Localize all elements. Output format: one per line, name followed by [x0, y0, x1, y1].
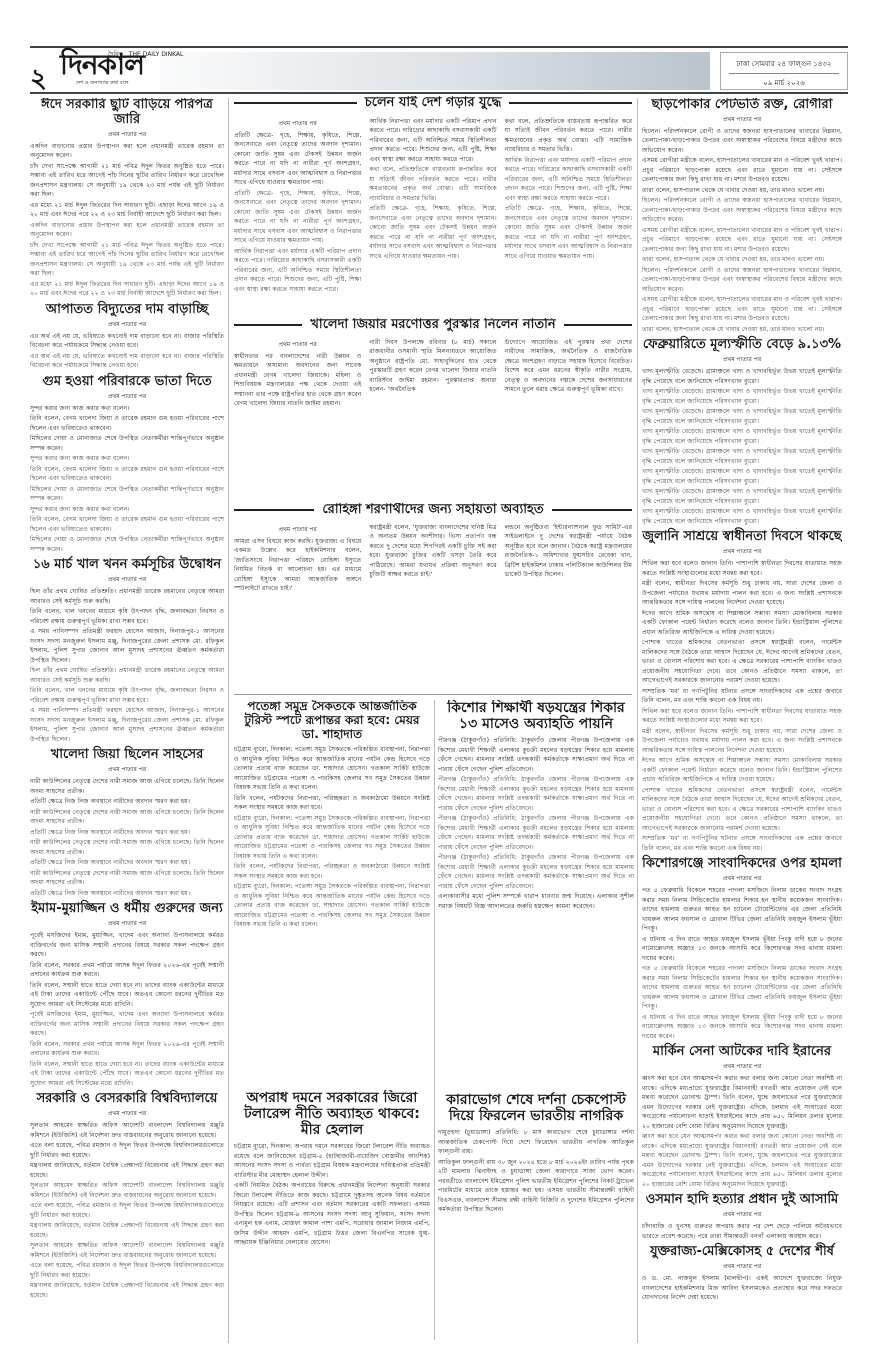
article-text: কথা বলে, প্রতিশ্রুতিকে বাস্তবতায় রূপান্…	[505, 117, 632, 155]
article-text: স্বাধীনতার পর বাংলাদেশের নারী উন্নয়ন ও …	[234, 352, 361, 409]
article-text: ছিলেন। পরিদর্শনকালে রোগী ও তাদের স্বজনরা…	[642, 196, 842, 225]
article-text: এলাকাবাসীর মধ্যে পুলিশ সম্পর্কে খারাপ ধা…	[438, 892, 634, 911]
article-text: এসময় রোগীরা মন্ত্রীকে বলেন, হাসপাতালের …	[642, 295, 842, 324]
article-text: সুন্দর করার জন্য কাজ করার কথা বলেন।	[30, 404, 224, 414]
article-text: এতে বলা হয়েছে, পবিত্র রমজান ও ঈদুল ফিতর…	[30, 1141, 224, 1160]
left-column: ঈদে সরকারি ছুটি বাড়িয়ে পরিপত্র জারিপ্র…	[30, 98, 224, 1348]
page-number: ২	[30, 58, 47, 102]
article-text: মিছিলের দোয়া ও মোনাজাত শেষে উপস্থিত নেত…	[30, 434, 224, 453]
article-text: একদিন বাড়ানোর প্রস্তাব উপস্থাপন করা হলে…	[30, 142, 224, 161]
article-text: এ সময় পানিসম্পদ প্রতিমন্ত্রী ফরহাদ হোসে…	[30, 627, 224, 665]
column-divider	[434, 700, 435, 1340]
column-divider	[637, 98, 638, 1343]
article-text: মন্ত্রণালয় জানিয়েছে, বর্তমান বৈশ্বিক প…	[30, 1161, 224, 1180]
article-headline: রোহিঙ্গা শরণার্থীদের জন্য সহায়তা অব্যাহ…	[234, 503, 632, 518]
article-text: ছিলেন। পরিদর্শনকালে রোগী ও তাদের স্বজনরা…	[642, 266, 842, 295]
article-text: খাদ্য মূল্যস্ফীতি বেড়েছে। গ্রামাঞ্চলে খ…	[642, 367, 842, 386]
continued-label: প্রথম পাতার পর	[30, 764, 224, 775]
continued-label: প্রথম পাতার পর	[642, 873, 842, 884]
continued-label: প্রথম পাতার পর	[642, 114, 842, 125]
article-text: আমরা এসব বিষয়ে কাজ করছি। যুক্তরাজ্য এ ব…	[234, 537, 361, 594]
article-text: নারী কাউন্সিলের নেতৃত্বে দেশের নারী সমাজ…	[30, 808, 224, 827]
logo-small: দৈনিক	[108, 51, 123, 58]
article-text: ছিল তাঁর প্রথম ঘোষিত প্রতিশ্রুতি। প্রধান…	[30, 666, 224, 685]
section-divider	[234, 694, 632, 695]
continued-label: প্রথম পাতার পর	[642, 1061, 842, 1072]
article-text: লন্ডনে অনুষ্ঠিতব্য 'ইন্টারন্যাশনাল ফুড স…	[505, 523, 632, 580]
article-text: এতে বলা হয়েছে, পবিত্র রমজান ও ঈদুল ফিতর…	[30, 1261, 224, 1280]
continued-label: প্রথম পাতার পর	[642, 1261, 842, 1272]
article-text: গত ৫ ফেব্রুয়ারি বিকেলে শহরের পাগলা মসজি…	[642, 964, 842, 1012]
article-text: খাদ্য মূল্যস্ফীতি বেড়েছে। গ্রামাঞ্চলে খ…	[642, 447, 842, 466]
article-text: চট্টগ্রাম ব্যুরো, দিনকাল: পতেঙ্গা সমুদ্র…	[234, 745, 430, 793]
masthead: ২ দৈনিক THE DAILY DINKAL দিনকাল দেশ ও জন…	[30, 46, 848, 94]
article-text: তিনি বলেন, বেগম খালেদা জিয়া ও তারেক রহম…	[30, 515, 224, 534]
continued-label: প্রথম পাতার পর	[30, 918, 224, 929]
article-headline: ছাড়পোকার পেটভর্তি রক্ত, রোগীরা	[642, 98, 842, 113]
article-text: এর অর্থ এই নয় যে, ভবিষ্যতে কখনোই দাম বা…	[30, 352, 224, 371]
article-text: তারা বলেন, হাসপাতাল থেকে যে খাবার দেওয়া…	[642, 255, 842, 265]
article[interactable]: ছাড়পোকার পেটভর্তি রক্ত, রোগীরাপ্রথম পাত…	[642, 98, 842, 334]
article-text: সুলতান আহমেদ স্বাক্ষরিত অফিস আদেশটি বাংল…	[30, 1121, 224, 1140]
article-text: প্রতিটি ক্ষেত্রে- গৃহে, শিক্ষায়, কৃষিতে…	[369, 204, 496, 261]
article-text: ছিল তাঁর প্রথম ঘোষিত প্রতিশ্রুতি। প্রধান…	[30, 587, 224, 606]
article-text: আর্থিক নিরাপত্তা এবং মর্যাদার একটি পরিমা…	[505, 156, 632, 204]
article-text: এসময় রোগীরা মন্ত্রীকে বলেন, হাসপাতালের …	[642, 226, 842, 255]
article-text: তিনি বলেন, পর্যটকদের নিরাপত্তা, পরিচ্ছন্…	[234, 862, 430, 881]
article[interactable]: জুলানি সাশ্রয়ে স্বাধীনতা দিবসে থাকছেপ্র…	[642, 530, 842, 853]
article-text: এসময় রোগীরা মন্ত্রীকে বলেন, হাসপাতালের …	[642, 156, 842, 185]
article-headline: জুলানি সাশ্রয়ে স্বাধীনতা দিবসে থাকছে	[642, 530, 842, 545]
article-text: তিনি বলেন, সরকার প্রথম পর্যায়ে আসন্ন ঈদ…	[30, 961, 224, 980]
article-text: এর মধ্যে ২১ মার্চ ঈদুল ফিতরের দিন সাধারণ…	[30, 201, 224, 220]
continued-label: প্রথম পাতার পর	[30, 319, 224, 330]
article-text: প্রতিটি ক্ষেত্রে- গৃহে, শিক্ষায়, কৃষিতে…	[505, 204, 632, 261]
article-text: ঈদের আগে শ্রমিক অসন্তোষ বা শিল্পাঞ্চলে স…	[642, 609, 842, 638]
article-rohingya[interactable]: রোহিঙ্গা শরণার্থীদের জন্য সহায়তা অব্যাহ…	[234, 503, 632, 693]
article-text: পীরগঞ্জ (ঠাকুরগাঁও) প্রতিনিধি: ঠাকুরগাঁও…	[438, 814, 634, 852]
article-text: দামুড়হুদা (চুয়াডাঙ্গা) প্রতিনিধি: ৮ মা…	[438, 1128, 634, 1157]
article-text: আর্থিক নিরাপত্তা এবং মর্যাদার একটি পরিমা…	[369, 117, 496, 165]
article-text: প্রতিটি ক্ষেত্রে- গৃহে, শিক্ষায়, কৃষিতে…	[234, 131, 361, 188]
article-text: চট্টগ্রাম ব্যুরো, দিনকাল: পতেঙ্গা সমুদ্র…	[234, 814, 430, 862]
article-text: খাদ্য মূল্যস্ফীতি বেড়েছে। গ্রামাঞ্চলে খ…	[642, 387, 842, 406]
continued-label: প্রথম পাতার পর	[30, 391, 224, 402]
article-text: ধ্বংস করা হবে যেন আত্মসমর্পণ করার কথা বল…	[642, 1074, 842, 1131]
article-headline: কিশোর শিক্ষার্থী ষড়যন্ত্রের শিকার ১৩ মা…	[438, 700, 634, 732]
article-text: চট্টগ্রাম ব্যুরো, দিনকাল: অপরাধ দমনে সরক…	[234, 1142, 430, 1180]
article-text: খাদ্য মূল্যস্ফীতি বেড়েছে। গ্রামাঞ্চলে খ…	[642, 407, 842, 426]
article[interactable]: ঈদে সরকারি ছুটি বাড়িয়ে পরিপত্র জারিপ্র…	[30, 98, 224, 299]
article[interactable]: যুক্তরাজ্য-মেক্সিকোসহ ৫ দেশের শীর্ষপ্রথম…	[642, 1245, 842, 1302]
continued-label: প্রথম পাতার পর	[234, 524, 361, 535]
article-headline: কারাভোগ শেষে দর্শনা চেকপোস্ট দিয়ে ফিরলে…	[438, 1092, 634, 1124]
logo-english: THE DAILY DINKAL	[129, 51, 184, 58]
article-text: সুন্দর করার জন্য কাজ করার কথা বলেন।	[30, 505, 224, 515]
article-text: মন্ত্রী বলেন, স্বাধীনতা দিবসের কর্মসূচি …	[642, 727, 842, 756]
article-headline: ইমাম-মুয়াজ্জিন ও ধর্মীয় গুরুদের জন্য	[30, 902, 224, 917]
article-zero-tolerance[interactable]: অপরাধ দমনে সরকারের জিরো টলারেন্স নীতি অব…	[234, 1090, 430, 1348]
article-text: এর অর্থ এই নয় যে, ভবিষ্যতে কখনোই দাম বা…	[30, 332, 224, 351]
article-text: চাঁদ দেখা সাপেক্ষে আগামী ২১ মার্চ পবিত্র…	[30, 162, 224, 200]
article[interactable]: খালেদা জিয়া ছিলেন সাহসেরপ্রথম পাতার পরন…	[30, 748, 224, 898]
article-patenga[interactable]: পতেঙ্গা সমুদ্র সৈকতকে আন্তর্জাতিক টুরিস্…	[234, 700, 430, 1075]
article[interactable]: ওসমান হাদি হত্যার প্রধান দুই আসামিপ্রথম …	[642, 1193, 842, 1241]
logo-tagline: দেশ ও জনগণের কথা বলে	[60, 80, 144, 88]
article-text: ও ড. মো. নাজমুল ইসলাম (মালদ্বীপ)। একই আদ…	[642, 1274, 842, 1303]
article-headline: গুম হওয়া পরিবারকে ভাতা দিতে	[30, 375, 224, 390]
article-text: শিথিল করা হবে বলেও জানান তিনি। পাশাপাশি …	[642, 707, 842, 726]
article-text: তিনি বলেন, বেগম খালেদা জিয়া ও তারেক রহম…	[30, 465, 224, 484]
article-headline: ১৬ মার্চ খাল খনন কর্মসূচির উদ্বোধন	[30, 558, 224, 573]
article-text: স্বরাষ্ট্রমন্ত্রী বলেন, 'যুক্তরাজ্য বাংল…	[369, 523, 496, 580]
article-headline: খালেদা জিয়ার মরণোত্তর পুরস্কার নিলেন না…	[234, 318, 632, 333]
article-headline: কিশোরগঞ্জে সাংবাদিকদের ওপর হামলা	[642, 857, 842, 872]
article-khaleda-award[interactable]: খালেদা জিয়ার মরণোত্তর পুরস্কার নিলেন না…	[234, 318, 632, 498]
article-text: তারা বলেন, হাসপাতাল থেকে যে খাবার দেওয়া…	[642, 186, 842, 196]
continued-label: প্রথম পাতার পর	[642, 354, 842, 365]
article-text: সুন্দর করার জন্য কাজ করার কথা বলেন।	[30, 454, 224, 464]
article-text: খাদ্য মূল্যস্ফীতি বেড়েছে। গ্রামাঞ্চলে খ…	[642, 507, 842, 526]
continued-label: প্রথম পাতার পর	[30, 574, 224, 585]
continued-label: প্রথম পাতার পর	[234, 339, 361, 350]
article-headline: সরকারি ও বেসরকারি বিশ্ববিদ্যালয়ে	[30, 1092, 224, 1107]
article-text: সুলতান আহমেদ স্বাক্ষরিত অফিস আদেশটি বাংল…	[30, 1241, 224, 1260]
article-text: সাম্প্রতিক 'মব' বা গণপিটুনির ঘটনার প্রসঙ…	[642, 834, 842, 853]
article-text: পীরগঞ্জ (ঠাকুরগাঁও) প্রতিনিধি: ঠাকুরগাঁও…	[438, 775, 634, 813]
article-text: মিছিলের দোয়া ও মোনাজাত শেষে উপস্থিত নেত…	[30, 535, 224, 554]
article-text: একটি নিয়মিত বৈঠক। অপরাধের বিরুদ্ধে প্রধ…	[234, 1181, 430, 1248]
article-text: আর্থিক নিরাপত্তা এবং মর্যাদার একটি পরিমা…	[234, 247, 361, 295]
article-text: তিনি বলেন, সরকার প্রথম পর্যায়ে আসন্ন ঈদ…	[30, 1040, 224, 1059]
article-text: তিনি বলেন, পর্যটকদের নিরাপত্তা, পরিচ্ছন্…	[234, 794, 430, 813]
article-text: খাদ্য মূল্যস্ফীতি বেড়েছে। গ্রামাঞ্চলে খ…	[642, 427, 842, 446]
article-text: চাঁদাবাজি ও খুনসহ গুরুতর অপরাধ করার পর দ…	[642, 1222, 842, 1241]
article-headline: আপাতত বিদ্যুতের দাম বাড়াচ্ছি	[30, 303, 224, 318]
article-text: মিছিলের দোয়া ও মোনাজাত শেষে উপস্থিত নেত…	[30, 485, 224, 504]
article-text: আতিকুল ফাল্গুনী রায় ৩০ জুন ২০২৫ হতে ৮ ম…	[438, 1158, 634, 1215]
article-text: সুলতান আহমেদ স্বাক্ষরিত অফিস আদেশটি বাংল…	[30, 1181, 224, 1200]
article-text: তারা বলেন, হাসপাতাল থেকে যে খাবার দেওয়া…	[642, 325, 842, 335]
article-text: পূর্বেই মসজিদের ইমাম, মুয়াজ্জিন, খাদেম …	[30, 1010, 224, 1039]
article-headline: পতেঙ্গা সমুদ্র সৈকতকে আন্তর্জাতিক টুরিস্…	[234, 700, 430, 741]
newspaper-logo[interactable]: দৈনিক THE DAILY DINKAL দিনকাল দেশ ও জনগণ…	[60, 50, 144, 88]
article-text: তিনি বলেন, বেগম খালেদা জিয়া ও তারেক রহম…	[30, 414, 224, 433]
article-text: একদিন বাড়ানোর প্রস্তাব উপস্থাপন করা হলে…	[30, 221, 224, 240]
article-headline: মার্কিন সেনা আটকের দাবি ইরানের	[642, 1045, 842, 1060]
article-text: এ ঘটনায় এ দিন রাতে আহত ফয়জুল ইসলাম ভূঁ…	[642, 935, 842, 964]
article-headline: ফেব্রুয়ারিতে মূল্যস্ফীতি বেড়ে ৯.১৩%	[642, 338, 842, 353]
article-teen-student[interactable]: কিশোর শিক্ষার্থী ষড়যন্ত্রের শিকার ১৩ মা…	[438, 700, 634, 1080]
article-headline: খালেদা জিয়া ছিলেন সাহসের	[30, 748, 224, 763]
article-headline: চলেন যাই দেশ গড়ার যুদ্ধে	[234, 96, 632, 111]
article[interactable]: কিশোরগঞ্জে সাংবাদিকদের ওপর হামলাপ্রথম পা…	[642, 857, 842, 1041]
article[interactable]: সরকারি ও বেসরকারি বিশ্ববিদ্যালয়েপ্রথম প…	[30, 1092, 224, 1300]
article-headline: যুক্তরাজ্য-মেক্সিকোসহ ৫ দেশের শীর্ষ	[642, 1245, 842, 1260]
article-text: সাম্প্রতিক 'মব' বা গণপিটুনির ঘটনার প্রসঙ…	[642, 687, 842, 706]
article-text: নারী দিবস উপলক্ষে রবিবার (৮ মার্চ) সকালে…	[369, 338, 496, 395]
article-text: মন্ত্রী বলেন, স্বাধীনতা দিবসের কর্মসূচি …	[642, 579, 842, 608]
article-text: পোশাক খাতের শ্রমিকদের বেতনভাতা প্রসঙ্গে …	[642, 786, 842, 834]
article-text: কথা বলে, প্রতিশ্রুতিকে বাস্তবতায় রূপান্…	[369, 165, 496, 203]
article-text: এ ঘটনায় এ দিন রাতে আহত ফয়জুল ইসলাম ভূঁ…	[642, 1013, 842, 1042]
right-column: ছাড়পোকার পেটভর্তি রক্ত, রোগীরাপ্রথম পাত…	[642, 98, 842, 1348]
continued-label: প্রথম পাতার পর	[642, 546, 842, 557]
article[interactable]: মার্কিন সেনা আটকের দাবি ইরানেরপ্রথম পাতা…	[642, 1045, 842, 1189]
article-text: প্রতিটি ক্ষেত্রে নিজ নিজ অবস্থানে নারীদে…	[30, 858, 224, 868]
masthead-band	[160, 52, 710, 90]
article-headline: অপরাধ দমনে সরকারের জিরো টলারেন্স নীতি অব…	[234, 1090, 430, 1138]
article-text: তিনি বলেন, খাল খননের মাধ্যমে কৃষি উৎপাদন…	[30, 607, 224, 626]
article-text: মন্ত্রণালয় জানিয়েছে, বর্তমান বৈশ্বিক প…	[30, 1281, 224, 1300]
article-text: এ সময় পানিসম্পদ প্রতিমন্ত্রী ফরহাদ হোসে…	[30, 706, 224, 744]
date-box: ঢাকা সোমবার ২৪ ফাল্গুন ১৪৩২ ০৯ মার্চ ২০২…	[720, 52, 848, 90]
article-text: খাদ্য মূল্যস্ফীতি বেড়েছে। গ্রামাঞ্চলে খ…	[642, 467, 842, 486]
article-headline: ওসমান হাদি হত্যার প্রধান দুই আসামি	[642, 1193, 842, 1208]
article-text: এর মধ্যে ২১ মার্চ ঈদুল ফিতরের দিন সাধারণ…	[30, 280, 224, 299]
continued-label: প্রথম পাতার পর	[30, 129, 224, 140]
article-text: তিনি বলেন, খাল খননের মাধ্যমে কৃষি উৎপাদন…	[30, 686, 224, 705]
article-text: এতে বলা হয়েছে, পবিত্র রমজান ও ঈদুল ফিতর…	[30, 1201, 224, 1220]
article-text: ছিলেন। পরিদর্শনকালে রোগী ও তাদের স্বজনরা…	[642, 127, 842, 156]
article[interactable]: ১৬ মার্চ খাল খনন কর্মসূচির উদ্বোধনপ্রথম …	[30, 558, 224, 744]
article-text: পীরগঞ্জ (ঠাকুরগাঁও) প্রতিনিধি: ঠাকুরগাঁও…	[438, 853, 634, 891]
article[interactable]: ইমাম-মুয়াজ্জিন ও ধর্মীয় গুরুদের জন্যপ্…	[30, 902, 224, 1088]
article-text: শিথিল করা হবে বলেও জানান তিনি। পাশাপাশি …	[642, 559, 842, 578]
article[interactable]: ফেব্রুয়ারিতে মূল্যস্ফীতি বেড়ে ৯.১৩%প্র…	[642, 338, 842, 526]
continued-label: প্রথম পাতার পর	[234, 118, 361, 129]
article-headline: ঈদে সরকারি ছুটি বাড়িয়ে পরিপত্র জারি	[30, 98, 224, 128]
article-darshana[interactable]: কারাভোগ শেষে দর্শনা চেকপোস্ট দিয়ে ফিরলে…	[438, 1092, 634, 1348]
article-text: প্রতিটি ক্ষেত্রে- গৃহে, শিক্ষায়, কৃষিতে…	[234, 189, 361, 246]
article-text: তিনি বলেন, সম্মানী হাতে হাতে দেয়া হবে ন…	[30, 981, 224, 1010]
article-text: ঈদের আগে শ্রমিক অসন্তোষ বা শিল্পাঞ্চলে স…	[642, 756, 842, 785]
article-text: ধ্বংস করা হবে যেন আত্মসমর্পণ করার কথা বল…	[642, 1132, 842, 1189]
article-text: প্রতিটি ক্ষেত্রে নিজ নিজ অবস্থানে নারীদে…	[30, 889, 224, 899]
article-text: প্রতিটি ক্ষেত্রে নিজ নিজ অবস্থানে নারীদে…	[30, 828, 224, 838]
article-text: চট্টগ্রাম ব্যুরো, দিনকাল: পতেঙ্গা সমুদ্র…	[234, 882, 430, 930]
continued-label: প্রথম পাতার পর	[30, 1108, 224, 1119]
article-text: গত ৫ ফেব্রুয়ারি বিকেলে শহরের পাগলা মসজি…	[642, 886, 842, 934]
article-text: প্রতিটি ক্ষেত্রে নিজ নিজ অবস্থানে নারীদে…	[30, 797, 224, 807]
article-text: পোশাক খাতের শ্রমিকদের বেতনভাতা প্রসঙ্গে …	[642, 638, 842, 686]
article-text: পূর্বেই মসজিদের ইমাম, মুয়াজ্জিন, খাদেম …	[30, 931, 224, 960]
article-text: চাঁদ দেখা সাপেক্ষে আগামী ২১ মার্চ পবিত্র…	[30, 241, 224, 279]
article-text: নারী কাউন্সিলের নেতৃত্বে দেশের নারী সমাজ…	[30, 838, 224, 857]
article-text: পীরগঞ্জ (ঠাকুরগাঁও) প্রতিনিধি: ঠাকুরগাঁও…	[438, 736, 634, 774]
date-bengali: ঢাকা সোমবার ২৪ ফাল্গুন ১৪৩২	[729, 53, 839, 74]
article-text: উদ্যোগে আয়োজিত এই পুরস্কার প্রথা দেশের …	[505, 338, 632, 395]
article-text: মন্ত্রণালয় জানিয়েছে, বর্তমান বৈশ্বিক প…	[30, 1221, 224, 1240]
continued-label: প্রথম পাতার পর	[642, 1209, 842, 1220]
column-divider	[228, 98, 229, 1343]
date-gregorian: ০৯ মার্চ ২০২৬	[721, 74, 847, 89]
article[interactable]: গুম হওয়া পরিবারকে ভাতা দিতেপ্রথম পাতার …	[30, 375, 224, 554]
article-text: নারী কাউন্সিলের নেতৃত্বে দেশের নারী সমাজ…	[30, 869, 224, 888]
article-text: তিনি বলেন, সম্মানী হাতে হাতে দেয়া হবে ন…	[30, 1060, 224, 1089]
article[interactable]: আপাতত বিদ্যুতের দাম বাড়াচ্ছিপ্রথম পাতার…	[30, 303, 224, 371]
article-text: খাদ্য মূল্যস্ফীতি বেড়েছে। গ্রামাঞ্চলে খ…	[642, 487, 842, 506]
article-text: নারী কাউন্সিলের নেতৃত্বে দেশের নারী সমাজ…	[30, 777, 224, 796]
